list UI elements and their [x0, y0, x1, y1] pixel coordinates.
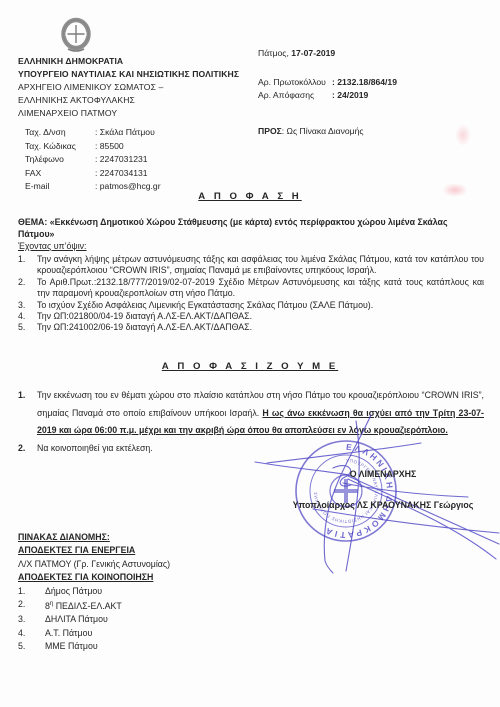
item-number: 5.: [18, 322, 32, 333]
cc-recipients-header: ΑΠΟΔΕΚΤΕΣ ΓΙΑ ΚΟΙΝΟΠΟΙΗΣΗ: [18, 571, 170, 584]
contact-label: FAX: [25, 167, 95, 181]
contact-info: Ταχ. Δ/νση : Σκάλα Πάτμου Ταχ. Κώδικας :…: [25, 126, 161, 194]
contact-value: : 2247034131: [95, 167, 148, 181]
cc-item: 5. ΜΜΕ Πάτμου: [18, 640, 170, 653]
item-number: 1.: [18, 387, 32, 440]
contact-row-address: Ταχ. Δ/νση : Σκάλα Πάτμου: [25, 126, 161, 140]
item-text: Το ισχύον Σχέδιο Ασφάλειας Λιμενικής Εγκ…: [37, 300, 484, 311]
header-line-portauthority: ΛΙΜΕΝΑΡΧΕΙΟ ΠΑΤΜΟΥ: [18, 107, 239, 120]
item-text: Την ανάγκη λήψης μέτρων αστυνόμευσης τάξ…: [37, 254, 484, 277]
item-text: Το Αριθ.Πρωτ.:2132.18/777/2019/02-07-201…: [37, 277, 484, 300]
having-regard-intro: Έχοντας υπ’όψιν:: [18, 241, 87, 251]
list-item: 2. Το Αριθ.Πρωτ.:2132.18/777/2019/02-07-…: [18, 277, 484, 300]
item-text: ΜΜΕ Πάτμου: [45, 640, 98, 653]
cc-item: 3. ΔΗΛΙΤΑ Πάτμου: [18, 613, 170, 626]
place-label: Πάτμος,: [258, 47, 289, 60]
item-text: 8η ΠΕΔΙΛΣ-ΕΛ.ΑΚΤ: [45, 598, 122, 613]
contact-value: : 85500: [95, 140, 124, 154]
distribution-title: ΠΙΝΑΚΑΣ ΔΙΑΝΟΜΗΣ:: [18, 531, 170, 544]
protocol-value: : 2132.18/864/19: [332, 76, 397, 89]
contact-row-phone: Τηλέφωνο : 2247031231: [25, 153, 161, 167]
contact-label: Τηλέφωνο: [25, 153, 95, 167]
contact-row-fax: FAX : 2247034131: [25, 167, 161, 181]
greek-national-emblem-icon: [59, 16, 93, 54]
item-number: 2.: [18, 440, 32, 458]
item-text-rest: ΠΕΔΙΛΣ-ΕΛ.ΑΚΤ: [53, 601, 122, 611]
subject-line: ΘΕΜΑ: «Εκκένωση Δημοτικού Χώρου Στάθμευσ…: [18, 216, 483, 240]
decision-title: Α Π Ο Φ Α Σ Ι Ζ Ο Υ Μ Ε: [0, 361, 500, 372]
signature-block: Ο ΛΙΜΕΝΑΡΧΗΣ Υποπλοίαρχος ΛΣ ΚΡΑΟΥΝΑΚΗΣ …: [288, 469, 478, 510]
scan-artifact-smudge: [455, 124, 471, 146]
distribution-list: ΠΙΝΑΚΑΣ ΔΙΑΝΟΜΗΣ: ΑΠΟΔΕΚΤΕΣ ΓΙΑ ΕΝΕΡΓΕΙΑ…: [18, 531, 170, 654]
document-page: ΕΛΛΗΝΙΚΗ ΔΗΜΟΚΡΑΤΙΑ ΥΠΟΥΡΓΕΙΟ ΝΑΥΤΙΛΙΑΣ …: [0, 0, 500, 707]
item-number: 1.: [18, 254, 32, 277]
having-regard-list: 1. Την ανάγκη λήψης μέτρων αστυνόμευσης …: [18, 254, 484, 334]
item-text: Δήμος Πάτμου: [45, 585, 102, 598]
contact-row-postcode: Ταχ. Κώδικας : 85500: [25, 140, 161, 154]
contact-value: : Σκάλα Πάτμου: [95, 126, 155, 140]
item-number: 4.: [18, 627, 45, 640]
decision-value: : 24/2019: [332, 89, 368, 102]
item-number: 5.: [18, 640, 45, 653]
contact-label: Ταχ. Κώδικας: [25, 140, 95, 154]
item-text: Την ΩΠ:021800/04-19 διαταγή Α.ΛΣ-ΕΛ.ΑΚΤ/…: [37, 311, 484, 322]
list-item: 3. Το ισχύον Σχέδιο Ασφάλειας Λιμενικής …: [18, 300, 484, 311]
decision-label: Αρ. Απόφασης: [258, 89, 332, 102]
item-number: 3.: [18, 300, 32, 311]
list-item: 5. Την ΩΠ:241002/06-19 διαταγή Α.ΛΣ-ΕΛ.Α…: [18, 322, 484, 333]
item-number: 2.: [18, 277, 32, 300]
document-title: Α Π Ο Φ Α Σ Η: [0, 191, 500, 202]
recipient-line: ΠΡΟΣ: Ως Πίνακα Διανομής: [258, 126, 364, 136]
action-recipients-header: ΑΠΟΔΕΚΤΕΣ ΓΙΑ ΕΝΕΡΓΕΙΑ: [18, 544, 170, 557]
list-item: 1. Την ανάγκη λήψης μέτρων αστυνόμευσης …: [18, 254, 484, 277]
item-text: ΔΗΛΙΤΑ Πάτμου: [45, 613, 108, 626]
protocol-label: Αρ. Πρωτοκόλλου: [258, 76, 332, 89]
contact-label: Ταχ. Δ/νση: [25, 126, 95, 140]
cc-item: 4. Α.Τ. Πάτμου: [18, 627, 170, 640]
item-number: 2.: [18, 598, 45, 613]
signatory-name: Υποπλοίαρχος ΛΣ ΚΡΑΟΥΝΑΚΗΣ Γεώργιος: [288, 500, 478, 510]
date-value: 17-07-2019: [291, 47, 335, 60]
document-meta: Πάτμος, 17-07-2019 Αρ. Πρωτοκόλλου : 213…: [258, 47, 397, 102]
recipient-label: ΠΡΟΣ: [258, 126, 282, 136]
decision-number-row: Αρ. Απόφασης : 24/2019: [258, 89, 397, 102]
item-number: 3.: [18, 613, 45, 626]
list-item: 4. Την ΩΠ:021800/04-19 διαταγή Α.ΛΣ-ΕΛ.Α…: [18, 311, 484, 322]
header-line-republic: ΕΛΛΗΝΙΚΗ ΔΗΜΟΚΡΑΤΙΑ: [18, 55, 239, 68]
cc-item: 2. 8η ΠΕΔΙΛΣ-ΕΛ.ΑΚΤ: [18, 598, 170, 613]
action-recipient: Λ/Χ ΠΑΤΜΟΥ (Γρ. Γενικής Αστυνομίας): [18, 558, 170, 571]
place-date-line: Πάτμος, 17-07-2019: [258, 47, 397, 60]
contact-value: : 2247031231: [95, 153, 148, 167]
header-line-corps: ΑΡΧΗΓΕΙΟ ΛΙΜΕΝΙΚΟΥ ΣΩΜΑΤΟΣ –: [18, 81, 239, 94]
header-line-coastguard: ΕΛΛΗΝΙΚΗΣ ΑΚΤΟΦΥΛΑΚΗΣ: [18, 94, 239, 107]
item-number: 1.: [18, 585, 45, 598]
item-number: 4.: [18, 311, 32, 322]
header-line-ministry: ΥΠΟΥΡΓΕΙΟ ΝΑΥΤΙΛΙΑΣ ΚΑΙ ΝΗΣΙΩΤΙΚΗΣ ΠΟΛΙΤ…: [18, 68, 239, 81]
recipient-value: : Ως Πίνακα Διανομής: [282, 126, 364, 136]
cc-item: 1. Δήμος Πάτμου: [18, 585, 170, 598]
item-text: Α.Τ. Πάτμου: [45, 627, 92, 640]
protocol-number-row: Αρ. Πρωτοκόλλου : 2132.18/864/19: [258, 76, 397, 89]
agency-header: ΕΛΛΗΝΙΚΗ ΔΗΜΟΚΡΑΤΙΑ ΥΠΟΥΡΓΕΙΟ ΝΑΥΤΙΛΙΑΣ …: [18, 55, 239, 120]
item-text: Την ΩΠ:241002/06-19 διαταγή Α.ΛΣ-ΕΛ.ΑΚΤ/…: [37, 322, 484, 333]
signatory-role: Ο ΛΙΜΕΝΑΡΧΗΣ: [288, 469, 478, 479]
